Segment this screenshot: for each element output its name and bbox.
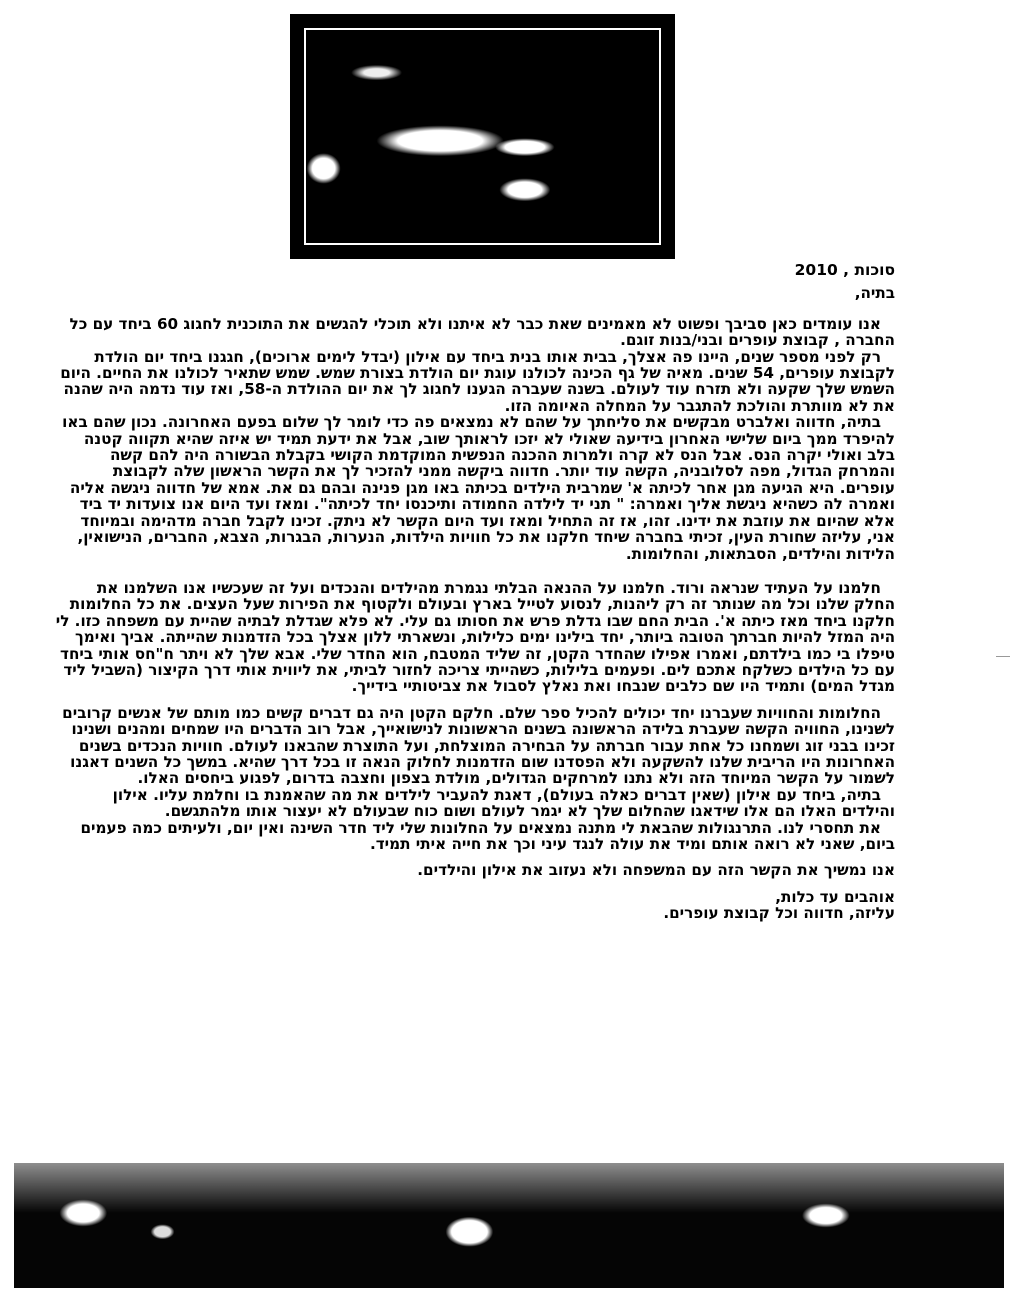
date-line: סוכות , 2010 <box>55 262 895 278</box>
signoff-line-2: עליזה, חדווה וכל קבוצת עופרים. <box>55 905 895 921</box>
greeting: בתיה, <box>55 285 895 301</box>
portrait-photo <box>290 14 675 259</box>
paragraph-3: בתיה, חדווה ואלברט מבקשים את סליחתך על ש… <box>55 414 895 562</box>
paragraph-5: החלומות והחוויות שעברנו יחד יכולים להכיל… <box>55 705 895 787</box>
closing-statement: אנו נמשיך את הקשר הזה עם המשפחה ולא נעזו… <box>55 862 895 878</box>
group-photo <box>14 1163 1004 1288</box>
portrait-photo-image <box>304 28 661 245</box>
paragraph-1: אנו עומדים כאן סביבך ופשוט לא מאמינים שא… <box>55 316 895 349</box>
paragraph-7: את תחסרי לנו. התרנגולות שהבאת לי מתנה נמ… <box>55 820 895 853</box>
memorial-letter: סוכות , 2010 בתיה, אנו עומדים כאן סביבך … <box>55 262 895 922</box>
signoff-line-1: אוהבים עד כלות, <box>55 889 895 905</box>
paragraph-6: בתיה, ביחד עם אילון (שאין דברים כאלה בעו… <box>55 787 895 820</box>
paragraph-4: חלמנו על העתיד שנראה ורוד. חלמנו על ההנא… <box>55 580 895 695</box>
paragraph-2: רק לפני מספר שנים, היינו פה אצלך, בבית א… <box>55 349 895 415</box>
margin-mark <box>996 656 1010 657</box>
